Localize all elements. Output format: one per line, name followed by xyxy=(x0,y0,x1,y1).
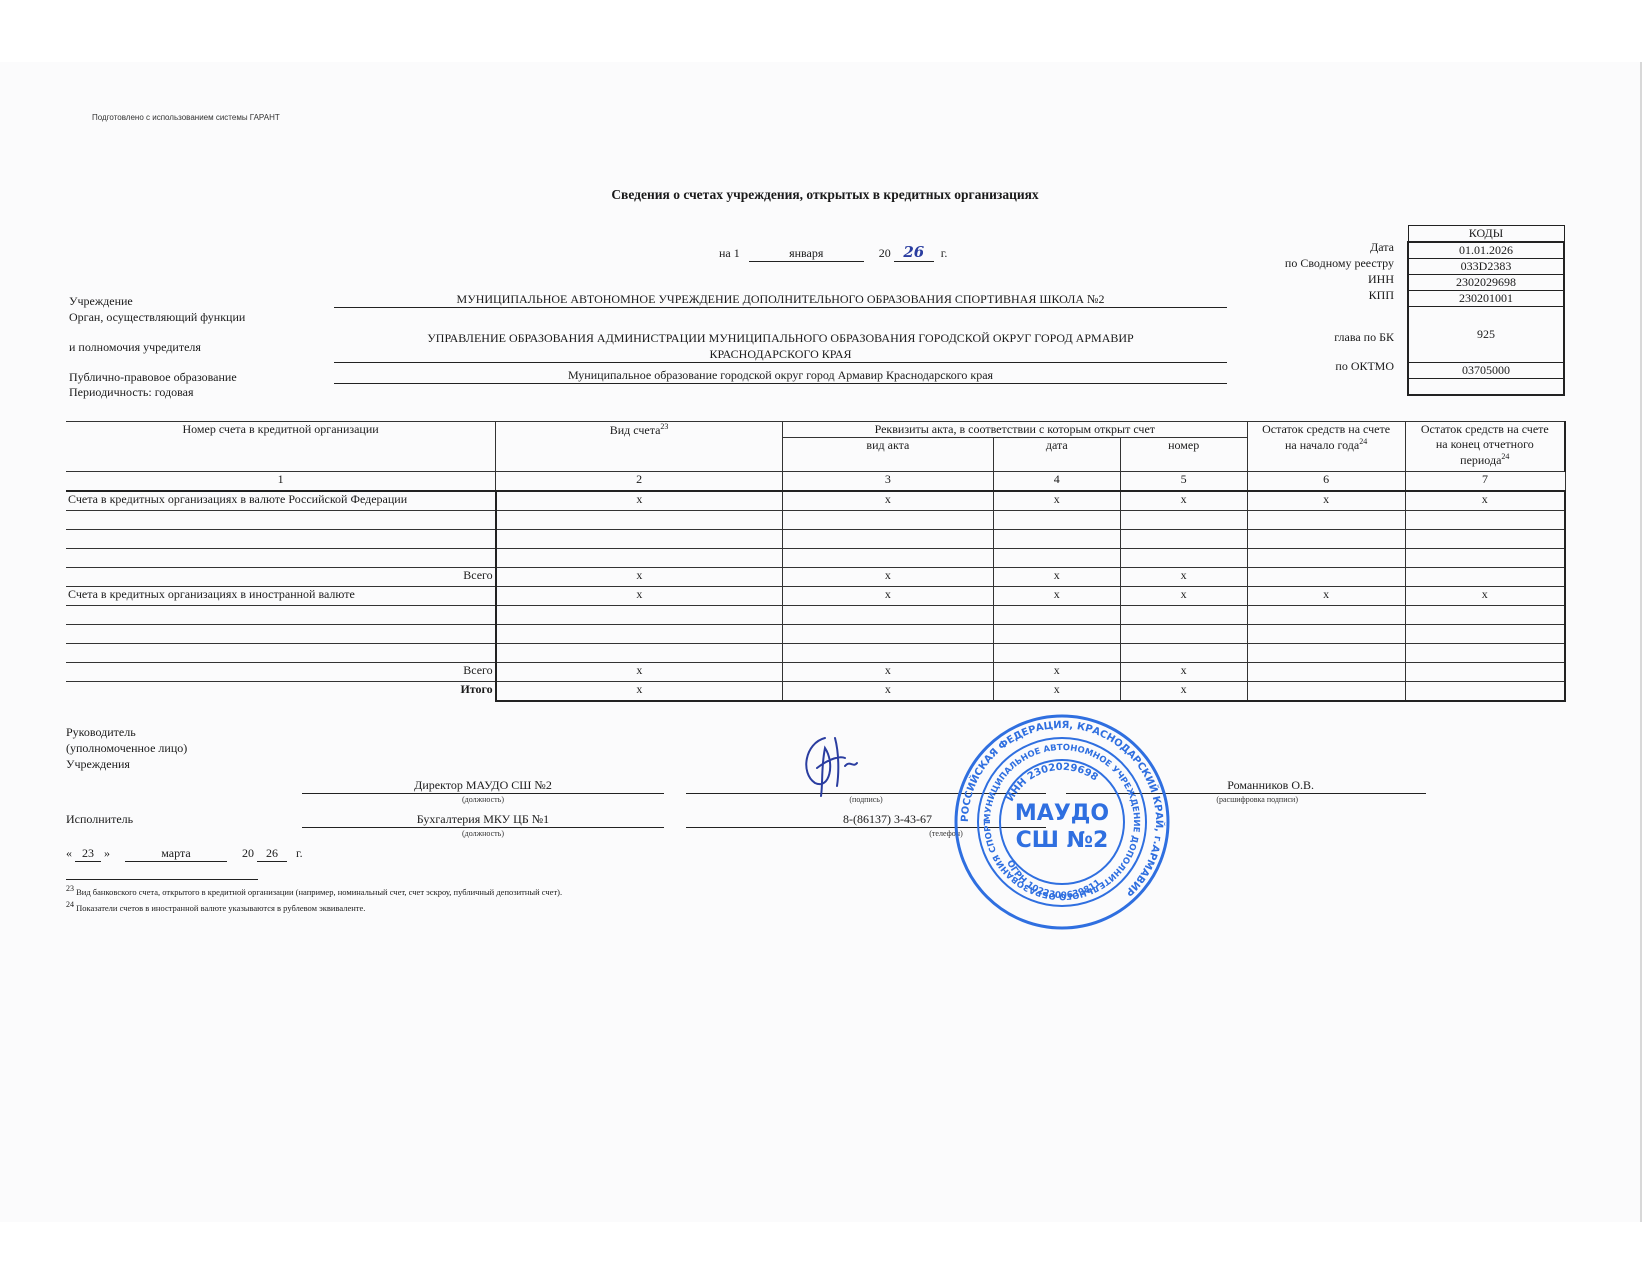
handwritten-signature xyxy=(795,728,895,798)
cell-col-1: Всего xyxy=(66,663,496,682)
cell-col-6 xyxy=(1247,568,1405,587)
cell-col-5: x xyxy=(1120,491,1247,511)
code-bk: 925 xyxy=(1408,307,1564,363)
cell-col-6 xyxy=(1247,606,1405,625)
stamp-center-1: МАУДО xyxy=(1015,801,1109,826)
sign-date-month: марта xyxy=(125,846,227,862)
sign-date-year-prefix: 20 xyxy=(242,846,254,860)
sign-date-suffix: г. xyxy=(296,846,303,860)
footnote-23: 23 Вид банковского счета, открытого в кр… xyxy=(66,884,562,897)
cell-col-1 xyxy=(66,530,496,549)
cell-col-5: x xyxy=(1120,568,1247,587)
footnote-24: 24 Показатели счетов в иностранной валют… xyxy=(66,900,365,913)
executor-position: Бухгалтерия МКУ ЦБ №1 xyxy=(302,812,664,828)
founder-value-line-1: УПРАВЛЕНИЕ ОБРАЗОВАНИЯ АДМИНИСТРАЦИИ МУН… xyxy=(334,330,1227,346)
founder-label-2: и полномочия учредителя xyxy=(69,340,201,355)
table-row xyxy=(66,644,1565,663)
founder-value-line-2: КРАСНОДАРСКОГО КРАЯ xyxy=(334,346,1227,362)
date-suffix: г. xyxy=(941,246,948,260)
cell-col-2 xyxy=(496,606,783,625)
table-row xyxy=(66,625,1565,644)
cell-col-3: x xyxy=(782,682,993,702)
cell-col-3 xyxy=(782,511,993,530)
institution-value: МУНИЦИПАЛЬНОЕ АВТОНОМНОЕ УЧРЕЖДЕНИЕ ДОПО… xyxy=(334,292,1227,308)
code-kpp: 230201001 xyxy=(1408,291,1564,307)
cell-col-1 xyxy=(66,511,496,530)
cell-col-1 xyxy=(66,625,496,644)
table-row xyxy=(66,549,1565,568)
cell-col-6: x xyxy=(1247,491,1405,511)
table-row: Счета в кредитных организациях в валюте … xyxy=(66,491,1565,511)
cell-col-4 xyxy=(993,625,1120,644)
code-label-registry: по Сводному реестру xyxy=(1150,256,1394,272)
code-label-date: Дата xyxy=(1150,240,1394,256)
executor-label: Исполнитель xyxy=(66,812,133,827)
cell-col-4 xyxy=(993,644,1120,663)
cell-col-2: x xyxy=(496,663,783,682)
date-month: января xyxy=(749,246,864,262)
code-date: 01.01.2026 xyxy=(1408,242,1564,259)
cell-col-2: x xyxy=(496,587,783,606)
table-row: Счета в кредитных организациях в иностра… xyxy=(66,587,1565,606)
cell-col-3 xyxy=(782,644,993,663)
col-header-balance-end: Остаток средств на счетена конец отчетно… xyxy=(1405,422,1565,472)
cell-col-4: x xyxy=(993,491,1120,511)
head-position: Директор МАУДО СШ №2 xyxy=(302,778,664,794)
cell-col-3 xyxy=(782,530,993,549)
cell-col-4: x xyxy=(993,568,1120,587)
document-title: Сведения о счетах учреждения, открытых в… xyxy=(0,187,1650,203)
col-num-5: 5 xyxy=(1120,472,1247,492)
cell-col-7 xyxy=(1405,549,1565,568)
col2-sup: 23 xyxy=(660,422,668,431)
founder-label-1: Орган, осуществляющий функции xyxy=(69,310,245,325)
cell-col-2: x xyxy=(496,682,783,702)
col-num-4: 4 xyxy=(993,472,1120,492)
col6-line1: Остаток средств на счете xyxy=(1250,422,1403,437)
col7-line1: Остаток средств на счете xyxy=(1408,422,1562,437)
col-header-act-group: Реквизиты акта, в соответствии с которым… xyxy=(782,422,1247,438)
cell-col-3 xyxy=(782,625,993,644)
footnote-divider xyxy=(66,879,258,880)
official-stamp: РОССИЙСКАЯ ФЕДЕРАЦИЯ, КРАСНОДАРСКИЙ КРАЙ… xyxy=(952,712,1172,932)
cell-col-2 xyxy=(496,644,783,663)
code-empty xyxy=(1408,379,1564,396)
cell-col-1 xyxy=(66,549,496,568)
sign-date: « 23 » марта 20 26 г. xyxy=(66,846,303,862)
head-label-3: Учреждения xyxy=(66,756,187,772)
codes-table: КОДЫ 01.01.2026 033D2383 2302029698 2302… xyxy=(1407,225,1565,396)
cell-col-5 xyxy=(1120,549,1247,568)
cell-col-6 xyxy=(1247,549,1405,568)
cell-col-7 xyxy=(1405,568,1565,587)
col-header-act-date: дата xyxy=(993,438,1120,472)
col-header-act-type: вид акта xyxy=(782,438,993,472)
cell-col-4 xyxy=(993,549,1120,568)
accounts-table: Номер счета в кредитной организации Вид … xyxy=(66,421,1566,702)
cell-col-6 xyxy=(1247,644,1405,663)
code-label-inn: ИНН xyxy=(1150,272,1394,288)
cell-col-2 xyxy=(496,511,783,530)
col7-sup: 24 xyxy=(1501,452,1509,461)
cell-col-6 xyxy=(1247,663,1405,682)
col7-line2: на конец отчетного xyxy=(1408,437,1562,452)
cell-col-1: Итого xyxy=(66,682,496,702)
cell-col-3: x xyxy=(782,568,993,587)
sign-date-close: » xyxy=(104,846,110,860)
cell-col-4: x xyxy=(993,682,1120,702)
sign-date-open: « xyxy=(66,846,72,860)
cell-col-5: x xyxy=(1120,663,1247,682)
footnote-24-text: Показатели счетов в иностранной валюте у… xyxy=(76,903,365,913)
col-num-6: 6 xyxy=(1247,472,1405,492)
table-row: Всегоxxxx xyxy=(66,568,1565,587)
cell-col-5 xyxy=(1120,644,1247,663)
head-label-1: Руководитель xyxy=(66,724,187,740)
code-inn: 2302029698 xyxy=(1408,275,1564,291)
col-header-balance-start: Остаток средств на счетена начало года24 xyxy=(1247,422,1405,472)
table-row: Всегоxxxx xyxy=(66,663,1565,682)
col-num-2: 2 xyxy=(496,472,783,492)
head-position-caption: (должность) xyxy=(302,795,664,804)
cell-col-7 xyxy=(1405,663,1565,682)
table-row xyxy=(66,511,1565,530)
col-num-3: 3 xyxy=(782,472,993,492)
cell-col-4 xyxy=(993,530,1120,549)
table-row: Итогоxxxx xyxy=(66,682,1565,702)
cell-col-5 xyxy=(1120,530,1247,549)
col7-line3: периода xyxy=(1460,453,1501,467)
cell-col-2: x xyxy=(496,491,783,511)
cell-col-4 xyxy=(993,606,1120,625)
cell-col-3: x xyxy=(782,663,993,682)
cell-col-7 xyxy=(1405,625,1565,644)
cell-col-2: x xyxy=(496,568,783,587)
cell-col-4 xyxy=(993,511,1120,530)
date-year-handwritten: 26 xyxy=(894,243,934,262)
ppo-value: Муниципальное образование городской окру… xyxy=(334,368,1227,384)
cell-col-6 xyxy=(1247,511,1405,530)
footnote-24-mark: 24 xyxy=(66,900,74,909)
cell-col-7 xyxy=(1405,682,1565,702)
cell-col-4: x xyxy=(993,587,1120,606)
cell-col-1: Счета в кредитных организациях в иностра… xyxy=(66,587,496,606)
table-row xyxy=(66,530,1565,549)
ppo-label: Публично-правовое образование xyxy=(69,370,237,385)
cell-col-5 xyxy=(1120,606,1247,625)
column-number-row: 1 2 3 4 5 6 7 xyxy=(66,472,1565,492)
cell-col-7 xyxy=(1405,606,1565,625)
col-header-act-number: номер xyxy=(1120,438,1247,472)
cell-col-3: x xyxy=(782,491,993,511)
head-label: Руководитель (уполномоченное лицо) Учреж… xyxy=(66,724,187,772)
cell-col-6 xyxy=(1247,682,1405,702)
cell-col-6 xyxy=(1247,530,1405,549)
col-num-1: 1 xyxy=(66,472,496,492)
sign-date-day: 23 xyxy=(75,846,101,862)
footnote-23-mark: 23 xyxy=(66,884,74,893)
founder-value: УПРАВЛЕНИЕ ОБРАЗОВАНИЯ АДМИНИСТРАЦИИ МУН… xyxy=(334,330,1227,363)
cell-col-3 xyxy=(782,549,993,568)
cell-col-2 xyxy=(496,625,783,644)
cell-col-6 xyxy=(1247,625,1405,644)
cell-col-5: x xyxy=(1120,682,1247,702)
cell-col-1: Счета в кредитных организациях в валюте … xyxy=(66,491,496,511)
date-year-prefix: 20 xyxy=(879,246,891,260)
cell-col-7: x xyxy=(1405,491,1565,511)
cell-col-3: x xyxy=(782,587,993,606)
periodicity: Периодичность: годовая xyxy=(69,385,193,400)
col-num-7: 7 xyxy=(1405,472,1565,492)
report-date: на 1 января 20 26 г. xyxy=(719,243,947,262)
garant-note: Подготовлено с использованием системы ГА… xyxy=(92,113,280,122)
svg-text:ИНН 2302029698: ИНН 2302029698 xyxy=(1005,762,1100,804)
code-registry: 033D2383 xyxy=(1408,259,1564,275)
decode-caption-text: (расшифровка подписи) xyxy=(1216,795,1298,804)
cell-col-5 xyxy=(1120,625,1247,644)
sign-date-year: 26 xyxy=(257,846,287,862)
codes-header: КОДЫ xyxy=(1408,226,1564,243)
cell-col-1 xyxy=(66,644,496,663)
cell-col-1: Всего xyxy=(66,568,496,587)
cell-col-3 xyxy=(782,606,993,625)
cell-col-2 xyxy=(496,530,783,549)
col6-sup: 24 xyxy=(1359,437,1367,446)
code-oktmo: 03705000 xyxy=(1408,363,1564,379)
cell-col-7 xyxy=(1405,644,1565,663)
col-header-account-type: Вид счета23 xyxy=(496,422,783,472)
cell-col-1 xyxy=(66,606,496,625)
head-name-text: Романников О.В. xyxy=(1227,778,1314,792)
date-prefix: на 1 xyxy=(719,246,740,260)
executor-position-caption: (должность) xyxy=(302,829,664,838)
stamp-center-2: СШ №2 xyxy=(1016,828,1109,853)
col2-text: Вид счета xyxy=(610,423,661,437)
col-header-account-number: Номер счета в кредитной организации xyxy=(66,422,496,472)
col6-line2: на начало года xyxy=(1285,438,1359,452)
cell-col-7 xyxy=(1405,530,1565,549)
stamp-inn: ИНН 2302029698 xyxy=(1005,762,1100,804)
cell-col-5: x xyxy=(1120,587,1247,606)
executor-phone-text: 8-(86137) 3-43-67 xyxy=(843,812,932,826)
footnote-23-text: Вид банковского счета, открытого в креди… xyxy=(76,887,562,897)
cell-col-7 xyxy=(1405,511,1565,530)
head-label-2: (уполномоченное лицо) xyxy=(66,740,187,756)
cell-col-2 xyxy=(496,549,783,568)
cell-col-6: x xyxy=(1247,587,1405,606)
cell-col-7: x xyxy=(1405,587,1565,606)
cell-col-4: x xyxy=(993,663,1120,682)
institution-label: Учреждение xyxy=(69,294,133,309)
cell-col-5 xyxy=(1120,511,1247,530)
table-row xyxy=(66,606,1565,625)
